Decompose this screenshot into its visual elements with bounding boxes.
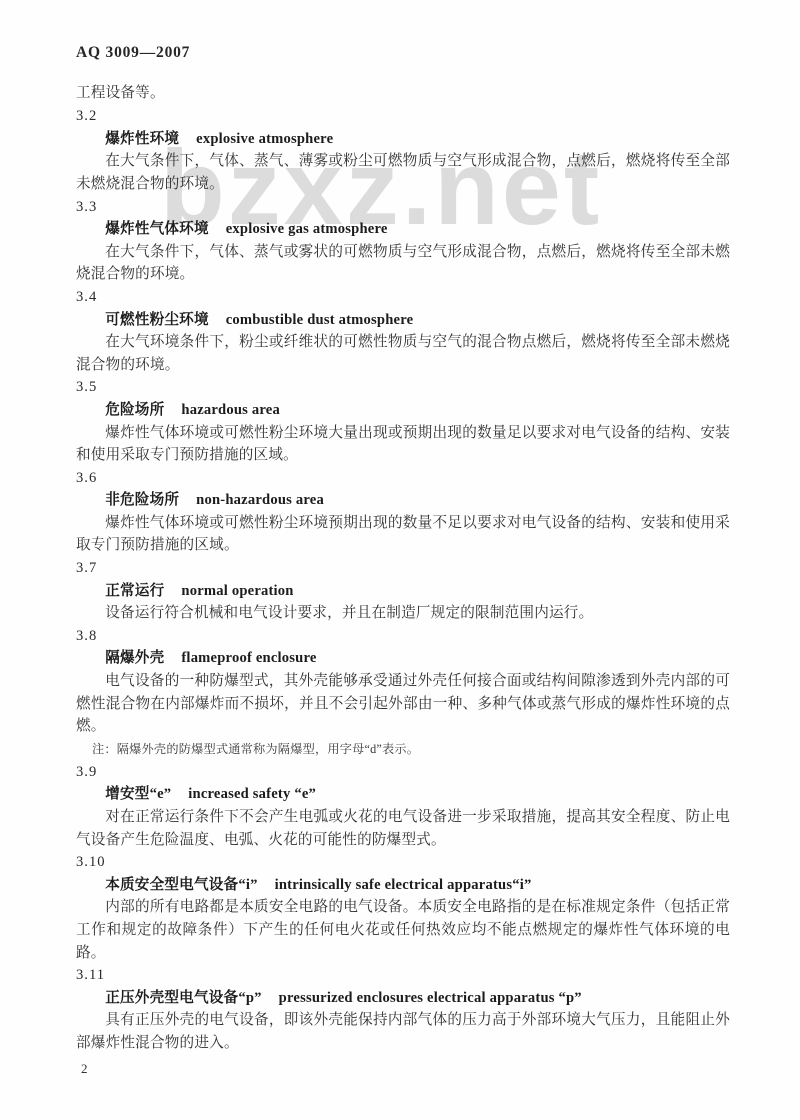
section-3-7: 3.7 正常运行normal operation 设备运行符合机械和电气设计要求… xyxy=(76,557,730,625)
term-chinese: 可燃性粉尘环境 xyxy=(105,312,209,328)
term-line: 正常运行normal operation xyxy=(76,580,730,603)
term-line: 正压外壳型电气设备“p”pressurized enclosures elect… xyxy=(76,987,730,1010)
term-english: explosive gas atmosphere xyxy=(226,221,388,237)
term-english: flameproof enclosure xyxy=(181,650,316,666)
section-3-9: 3.9 增安型“e”increased safety “e” 对在正常运行条件下… xyxy=(76,761,730,851)
term-chinese: 爆炸性气体环境 xyxy=(105,221,209,237)
section-number: 3.6 xyxy=(76,467,730,490)
section-number: 3.5 xyxy=(76,376,730,399)
definition-text: 对在正常运行条件下不会产生电弧或火花的电气设备进一步采取措施，提高其安全程度、防… xyxy=(76,806,730,851)
definition-text: 爆炸性气体环境或可燃性粉尘环境预期出现的数量不足以要求对电气设备的结构、安装和使… xyxy=(76,512,730,557)
section-number: 3.7 xyxy=(76,557,730,580)
section-number: 3.9 xyxy=(76,761,730,784)
definition-text: 设备运行符合机械和电气设计要求，并且在制造厂规定的限制范围内运行。 xyxy=(76,602,730,625)
term-line: 可燃性粉尘环境combustible dust atmosphere xyxy=(76,309,730,332)
term-english: hazardous area xyxy=(181,402,280,418)
definition-text: 电气设备的一种防爆型式，其外壳能够承受通过外壳任何接合面或结构间隙渗透到外壳内部… xyxy=(76,670,730,738)
section-number: 3.2 xyxy=(76,105,730,128)
definition-text: 在大气条件下，气体、蒸气、薄雾或粉尘可燃物质与空气形成混合物，点燃后，燃烧将传至… xyxy=(76,150,730,195)
term-english: pressurized enclosures electrical appara… xyxy=(279,990,582,1006)
intro-continuation-line: 工程设备等。 xyxy=(76,82,730,105)
definition-note: 注：隔爆外壳的防爆型式通常称为隔爆型，用字母“d”表示。 xyxy=(76,739,730,759)
definition-text: 具有正压外壳的电气设备，即该外壳能保持内部气体的压力高于外部环境大气压力，且能阻… xyxy=(76,1009,730,1054)
term-english: non-hazardous area xyxy=(196,492,324,508)
term-chinese: 正常运行 xyxy=(105,583,164,599)
term-chinese: 爆炸性环境 xyxy=(105,131,179,147)
term-line: 增安型“e”increased safety “e” xyxy=(76,783,730,806)
page-content: AQ 3009—2007 工程设备等。 3.2 爆炸性环境explosive a… xyxy=(0,0,800,1080)
term-line: 隔爆外壳flameproof enclosure xyxy=(76,647,730,670)
term-chinese: 非危险场所 xyxy=(105,492,179,508)
section-3-11: 3.11 正压外壳型电气设备“p”pressurized enclosures … xyxy=(76,964,730,1054)
term-chinese: 危险场所 xyxy=(105,402,164,418)
term-english: increased safety “e” xyxy=(188,786,316,802)
term-chinese: 正压外壳型电气设备“p” xyxy=(105,990,261,1006)
term-chinese: 增安型“e” xyxy=(105,786,171,802)
section-3-3: 3.3 爆炸性气体环境explosive gas atmosphere 在大气条… xyxy=(76,196,730,286)
term-line: 危险场所hazardous area xyxy=(76,399,730,422)
section-3-6: 3.6 非危险场所non-hazardous area 爆炸性气体环境或可燃性粉… xyxy=(76,467,730,557)
term-english: intrinsically safe electrical apparatus“… xyxy=(275,877,532,893)
section-3-8: 3.8 隔爆外壳flameproof enclosure 电气设备的一种防爆型式… xyxy=(76,625,730,759)
term-chinese: 隔爆外壳 xyxy=(105,650,164,666)
term-line: 非危险场所non-hazardous area xyxy=(76,489,730,512)
section-3-2: 3.2 爆炸性环境explosive atmosphere 在大气条件下，气体、… xyxy=(76,105,730,195)
section-number: 3.3 xyxy=(76,196,730,219)
page-number: 2 xyxy=(76,1058,730,1081)
section-number: 3.11 xyxy=(76,964,730,987)
term-line: 爆炸性气体环境explosive gas atmosphere xyxy=(76,218,730,241)
section-number: 3.8 xyxy=(76,625,730,648)
term-english: combustible dust atmosphere xyxy=(226,312,414,328)
document-page: bzxz.net AQ 3009—2007 工程设备等。 3.2 爆炸性环境ex… xyxy=(0,0,800,1120)
section-3-5: 3.5 危险场所hazardous area 爆炸性气体环境或可燃性粉尘环境大量… xyxy=(76,376,730,466)
term-chinese: 本质安全型电气设备“i” xyxy=(105,877,257,893)
definition-text: 爆炸性气体环境或可燃性粉尘环境大量出现或预期出现的数量足以要求对电气设备的结构、… xyxy=(76,422,730,467)
term-english: normal operation xyxy=(181,583,293,599)
definition-text: 在大气条件下，气体、蒸气或雾状的可燃物质与空气形成混合物，点燃后，燃烧将传至全部… xyxy=(76,241,730,286)
section-number: 3.4 xyxy=(76,286,730,309)
definition-text: 在大气环境条件下，粉尘或纤维状的可燃性物质与空气的混合物点燃后，燃烧将传至全部未… xyxy=(76,331,730,376)
section-3-10: 3.10 本质安全型电气设备“i”intrinsically safe elec… xyxy=(76,851,730,964)
term-line: 爆炸性环境explosive atmosphere xyxy=(76,128,730,151)
term-line: 本质安全型电气设备“i”intrinsically safe electrica… xyxy=(76,874,730,897)
section-number: 3.10 xyxy=(76,851,730,874)
term-english: explosive atmosphere xyxy=(196,131,333,147)
section-3-4: 3.4 可燃性粉尘环境combustible dust atmosphere 在… xyxy=(76,286,730,376)
standard-number: AQ 3009—2007 xyxy=(76,42,730,65)
definition-text: 内部的所有电路都是本质安全电路的电气设备。本质安全电路指的是在标准规定条件（包括… xyxy=(76,896,730,964)
